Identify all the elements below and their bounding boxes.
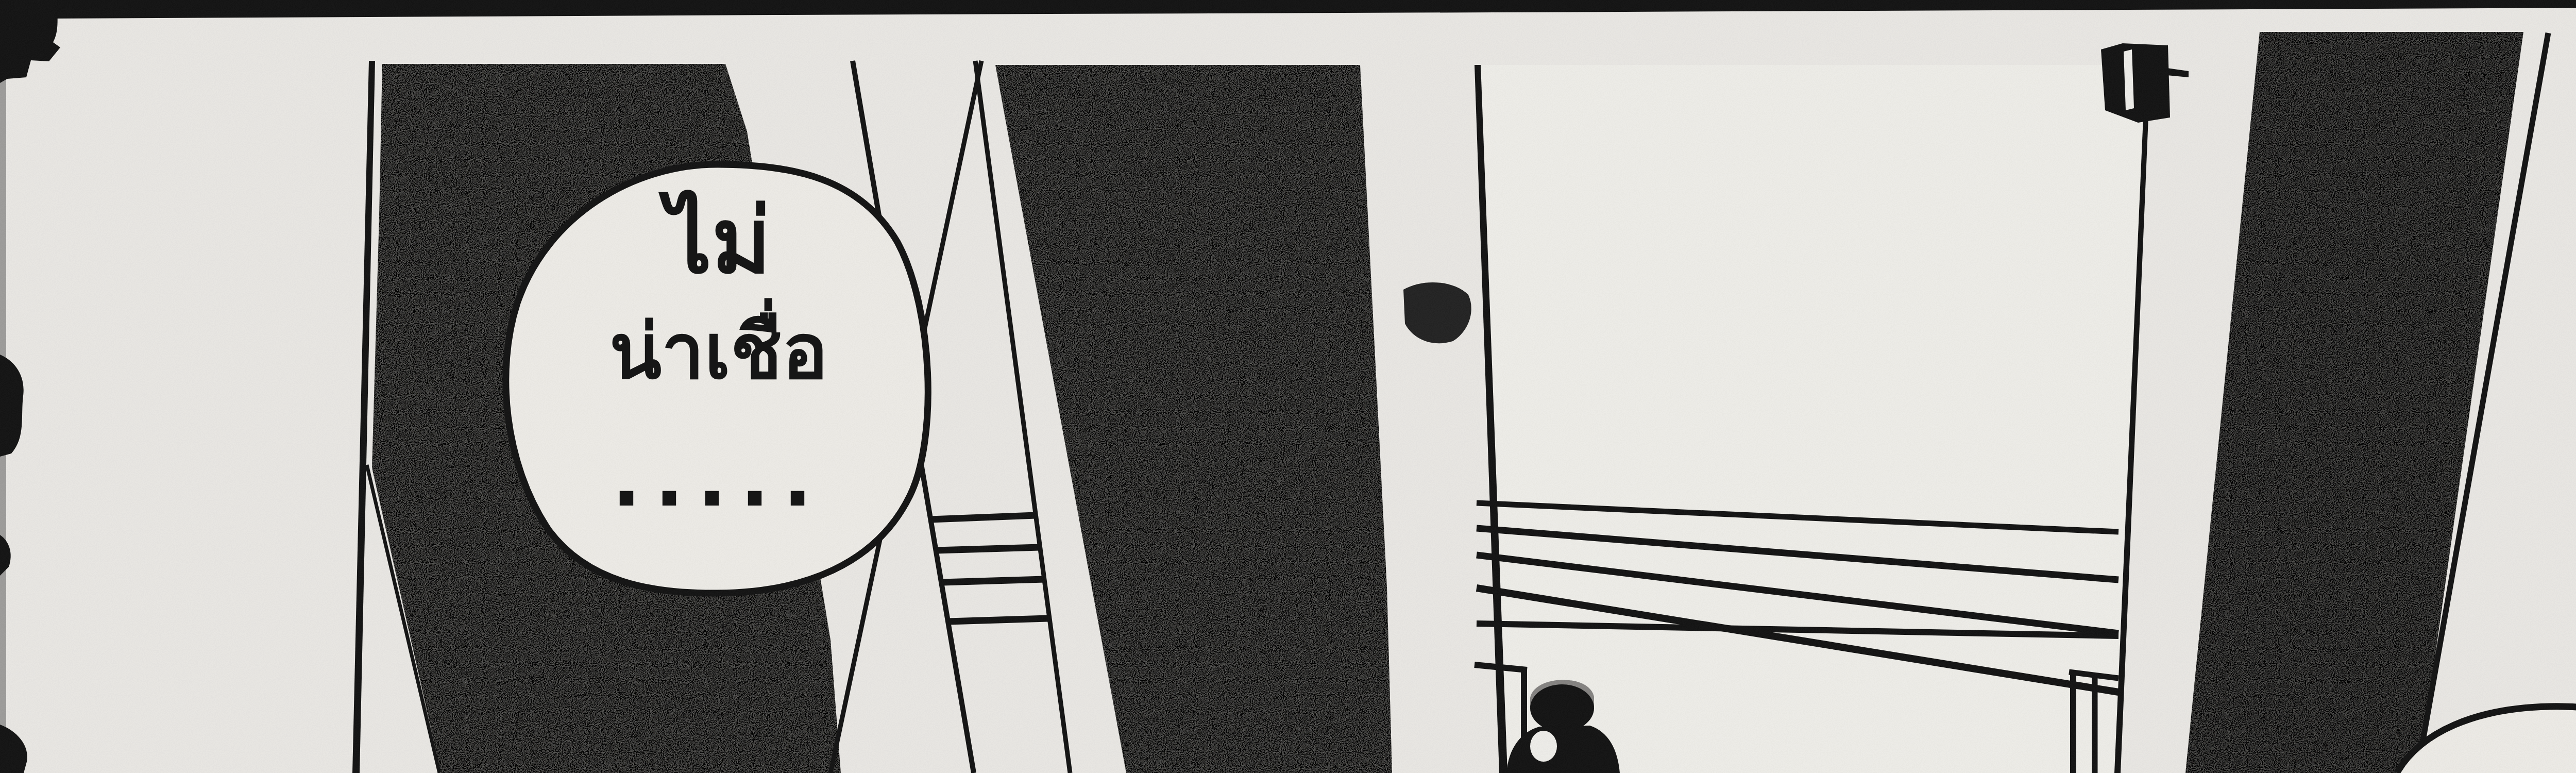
bubble-text-line-2: น่าเชื่อ xyxy=(513,308,925,395)
bubble-text-ellipsis: ..... xyxy=(513,441,925,518)
manga-page-scan: ไม่ น่าเชื่อ ..... xyxy=(0,0,2576,773)
manga-artwork xyxy=(0,0,2576,773)
speech-bubble-text: ไม่ น่าเชื่อ ..... xyxy=(513,190,925,518)
paper-speckle-overlay xyxy=(0,0,2576,773)
bubble-text-line-1: ไม่ xyxy=(513,190,925,293)
